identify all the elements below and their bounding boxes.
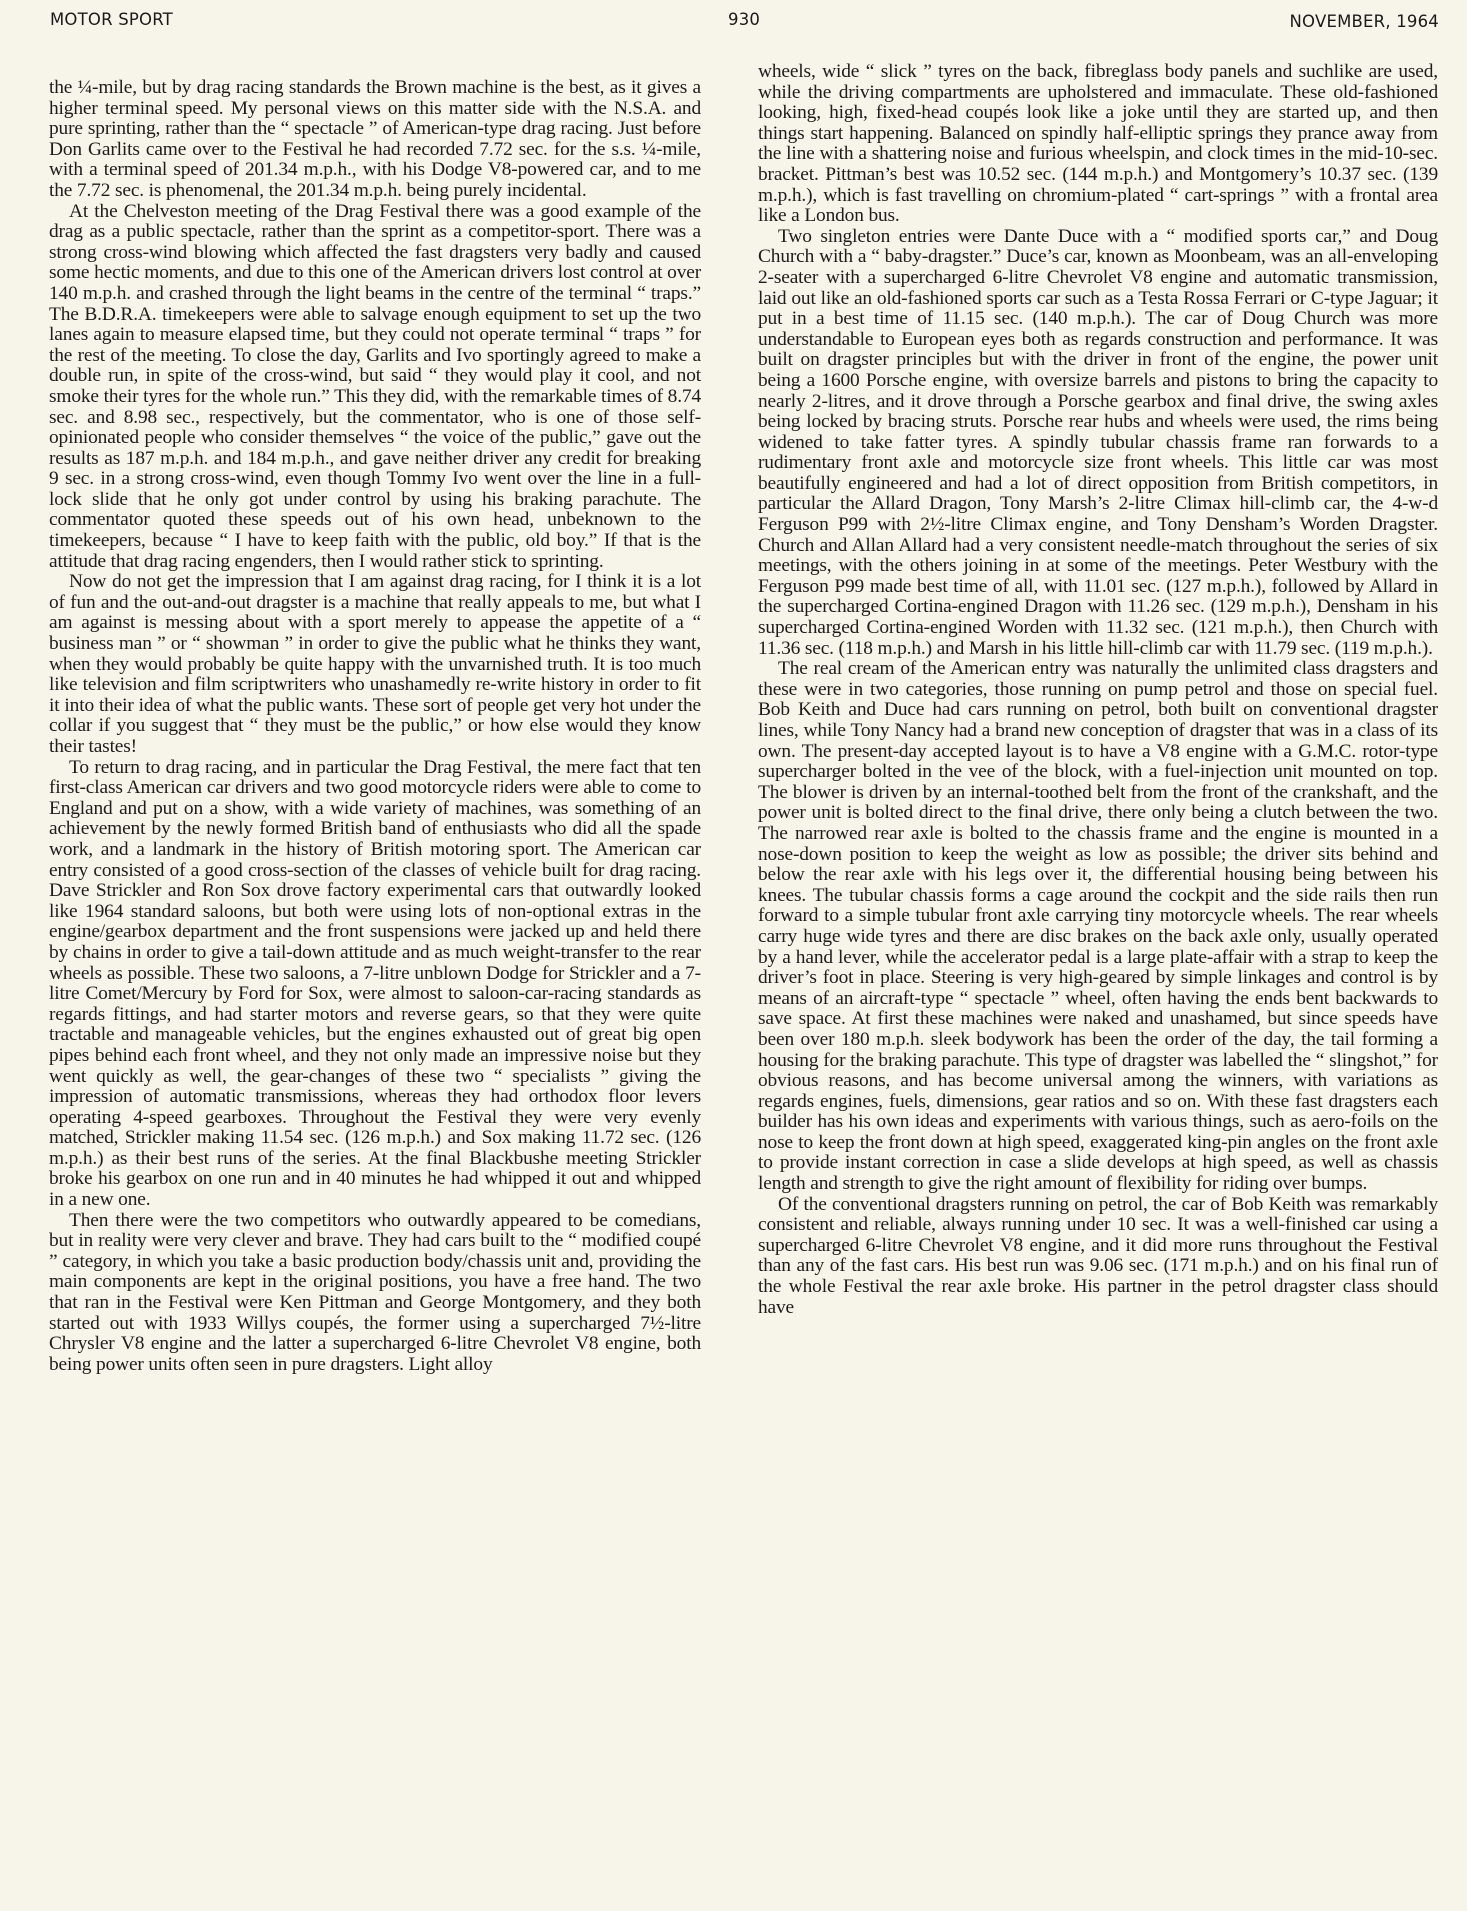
paragraph: To return to drag racing, and in particu… (49, 758, 701, 1211)
page-header: MOTOR SPORT 930 NOVEMBER, 1964 (50, 10, 1439, 38)
article-column-left: the ¼-mile, but by drag racing standards… (49, 78, 701, 1375)
paragraph: Two singleton entries were Dante Duce wi… (758, 227, 1438, 659)
paragraph: wheels, wide “ slick ” tyres on the back… (758, 62, 1438, 227)
paragraph: Of the conventional dragsters running on… (758, 1195, 1438, 1319)
paragraph: Now do not get the impression that I am … (49, 572, 701, 757)
paragraph: The real cream of the American entry was… (758, 659, 1438, 1194)
publication-title: MOTOR SPORT (50, 10, 173, 29)
article-column-right: wheels, wide “ slick ” tyres on the back… (758, 62, 1438, 1318)
issue-date: NOVEMBER, 1964 (1290, 12, 1439, 31)
paragraph: the ¼-mile, but by drag racing standards… (49, 78, 701, 202)
paragraph: At the Chelveston meeting of the Drag Fe… (49, 202, 701, 573)
page-number: 930 (728, 10, 760, 29)
paragraph: Then there were the two competitors who … (49, 1211, 701, 1376)
